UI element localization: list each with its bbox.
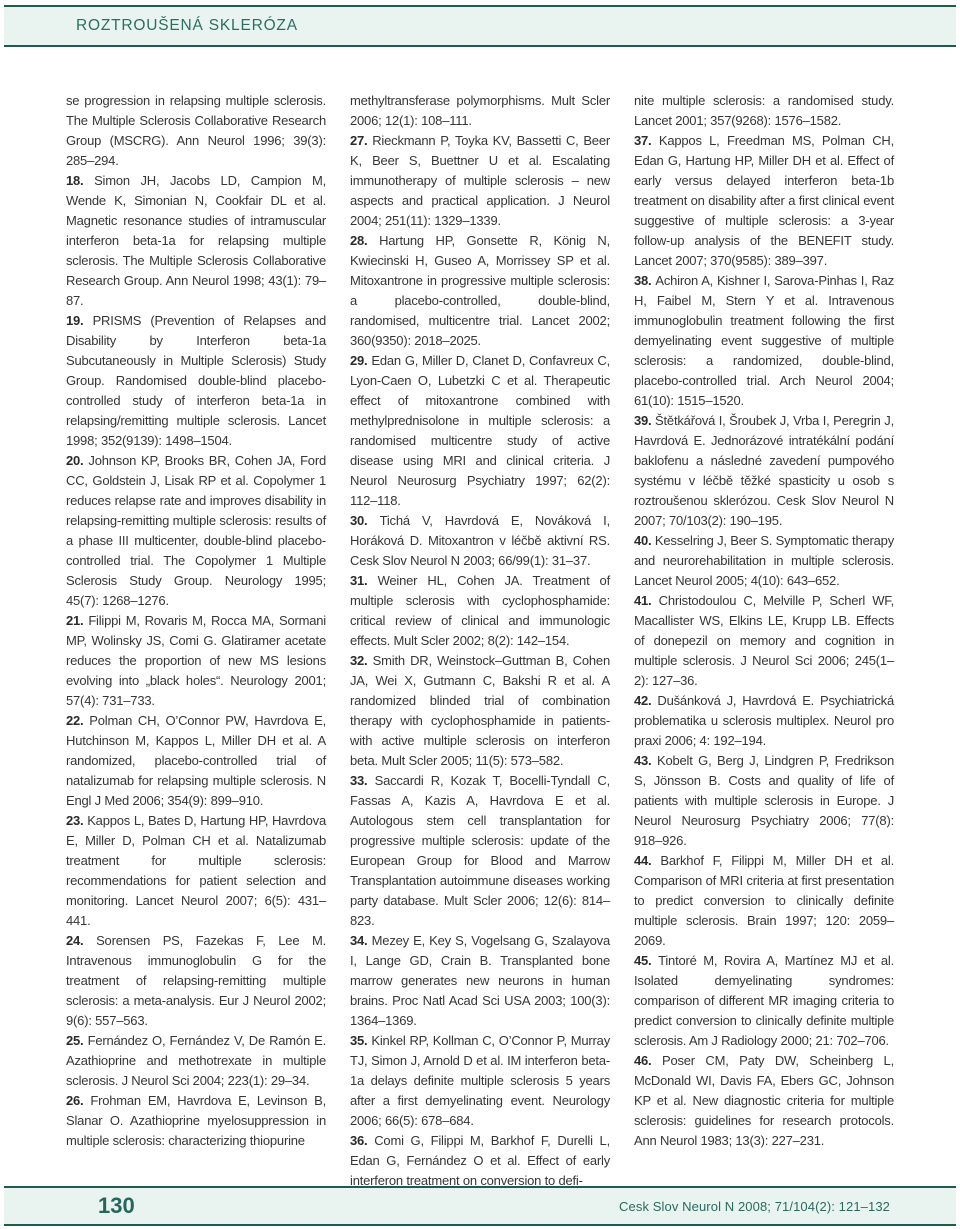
- reference-number: 36.: [350, 1133, 374, 1148]
- reference-number: 44.: [634, 853, 660, 868]
- reference-number: 23.: [66, 813, 87, 828]
- reference-number: 22.: [66, 713, 89, 728]
- reference-entry: 18. Simon JH, Jacobs LD, Campion M, Wend…: [66, 171, 326, 311]
- page-number: 130: [98, 1193, 135, 1219]
- reference-entry: 28. Hartung HP, Gonsette R, König N, Kwi…: [350, 231, 610, 351]
- reference-entry: 24. Sorensen PS, Fazekas F, Lee M. Intra…: [66, 931, 326, 1031]
- reference-entry: 34. Mezey E, Key S, Vogelsang G, Szalayo…: [350, 931, 610, 1031]
- reference-column-1: se progression in relapsing multiple scl…: [66, 91, 326, 1186]
- reference-number: 18.: [66, 173, 94, 188]
- reference-number: 39.: [634, 413, 655, 428]
- reference-entry: 40. Kesselring J, Beer S. Symptomatic th…: [634, 531, 894, 591]
- running-head-title: ROZTROUŠENÁ SKLERÓZA: [76, 17, 298, 35]
- reference-number: 42.: [634, 693, 657, 708]
- reference-number: 37.: [634, 133, 659, 148]
- reference-entry: 38. Achiron A, Kishner I, Sarova-Pinhas …: [634, 271, 894, 411]
- reference-entry: 26. Frohman EM, Havrdova E, Levinson B, …: [66, 1091, 326, 1151]
- reference-entry: 46. Poser CM, Paty DW, Scheinberg L, McD…: [634, 1051, 894, 1151]
- reference-number: 34.: [350, 933, 372, 948]
- reference-number: 38.: [634, 273, 655, 288]
- reference-entry: 31. Weiner HL, Cohen JA. Treatment of mu…: [350, 571, 610, 651]
- journal-page: ROZTROUŠENÁ SKLERÓZA se progression in r…: [0, 0, 960, 1229]
- reference-column-2: methyltransferase polymorphisms. Mult Sc…: [350, 91, 610, 1186]
- reference-entry: 45. Tintoré M, Rovira A, Martínez MJ et …: [634, 951, 894, 1051]
- reference-number: 19.: [66, 313, 93, 328]
- reference-entry: 42. Dušánková J, Havrdová E. Psychiatric…: [634, 691, 894, 751]
- reference-number: 32.: [350, 653, 373, 668]
- reference-number: 25.: [66, 1033, 88, 1048]
- page-header-band: ROZTROUŠENÁ SKLERÓZA: [4, 5, 956, 47]
- reference-number: 30.: [350, 513, 380, 528]
- reference-entry: 43. Kobelt G, Berg J, Lindgren P, Fredri…: [634, 751, 894, 851]
- page-footer-band: 130 Cesk Slov Neurol N 2008; 71/104(2): …: [4, 1186, 956, 1226]
- reference-entry: 37. Kappos L, Freedman MS, Polman CH, Ed…: [634, 131, 894, 271]
- reference-column-3: nite multiple sclerosis: a randomised st…: [634, 91, 894, 1186]
- reference-entry: 27. Rieckmann P, Toyka KV, Bassetti C, B…: [350, 131, 610, 231]
- reference-entry: 35. Kinkel RP, Kollman C, O’Connor P, Mu…: [350, 1031, 610, 1131]
- reference-entry: nite multiple sclerosis: a randomised st…: [634, 91, 894, 131]
- reference-number: 27.: [350, 133, 372, 148]
- reference-number: 40.: [634, 533, 655, 548]
- reference-number: 20.: [66, 453, 88, 468]
- reference-number: 35.: [350, 1033, 371, 1048]
- references-section: se progression in relapsing multiple scl…: [4, 47, 956, 1186]
- reference-entry: 32. Smith DR, Weinstock–Guttman B, Cohen…: [350, 651, 610, 771]
- reference-entry: methyltransferase polymorphisms. Mult Sc…: [350, 91, 610, 131]
- reference-number: 24.: [66, 933, 96, 948]
- reference-entry: 21. Filippi M, Rovaris M, Rocca MA, Sorm…: [66, 611, 326, 711]
- reference-number: 45.: [634, 953, 658, 968]
- reference-number: 21.: [66, 613, 88, 628]
- reference-entry: 22. Polman CH, O’Connor PW, Havrdova E, …: [66, 711, 326, 811]
- reference-entry: 33. Saccardi R, Kozak T, Bocelli-Tyndall…: [350, 771, 610, 931]
- reference-entry: 36. Comi G, Filippi M, Barkhof F, Durell…: [350, 1131, 610, 1186]
- reference-number: 33.: [350, 773, 375, 788]
- reference-number: 46.: [634, 1053, 662, 1068]
- reference-number: 41.: [634, 593, 659, 608]
- reference-entry: 29. Edan G, Miller D, Clanet D, Confavre…: [350, 351, 610, 511]
- reference-entry: 20. Johnson KP, Brooks BR, Cohen JA, For…: [66, 451, 326, 611]
- reference-entry: 25. Fernández O, Fernández V, De Ramón E…: [66, 1031, 326, 1091]
- reference-entry: se progression in relapsing multiple scl…: [66, 91, 326, 171]
- reference-number: 31.: [350, 573, 378, 588]
- reference-number: 29.: [350, 353, 371, 368]
- reference-number: 28.: [350, 233, 379, 248]
- journal-citation: Cesk Slov Neurol N 2008; 71/104(2): 121–…: [619, 1199, 890, 1214]
- reference-entry: 44. Barkhof F, Filippi M, Miller DH et a…: [634, 851, 894, 951]
- reference-entry: 41. Christodoulou C, Melville P, Scherl …: [634, 591, 894, 691]
- reference-entry: 39. Štětkářová I, Šroubek J, Vrba I, Per…: [634, 411, 894, 531]
- reference-entry: 23. Kappos L, Bates D, Hartung HP, Havrd…: [66, 811, 326, 931]
- reference-entry: 19. PRISMS (Prevention of Relapses and D…: [66, 311, 326, 451]
- reference-entry: 30. Tichá V, Havrdová E, Nováková I, Hor…: [350, 511, 610, 571]
- reference-number: 43.: [634, 753, 657, 768]
- reference-number: 26.: [66, 1093, 90, 1108]
